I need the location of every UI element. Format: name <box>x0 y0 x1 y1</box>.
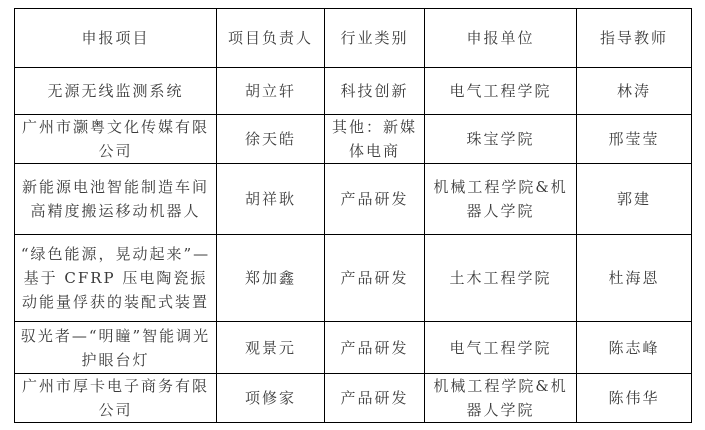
cell-teacher: 陈志峰 <box>577 322 692 374</box>
cell-project: 广州市灏粤文化传媒有限公司 <box>15 115 217 164</box>
cell-category: 产品研发 <box>325 374 425 423</box>
header-category: 行业类别 <box>325 9 425 68</box>
cell-leader: 徐天皓 <box>217 115 325 164</box>
table-row: “绿色能源，晃动起来”—基于 CFRP 压电陶瓷振动能量俘获的装配式装置 郑加鑫… <box>15 235 692 322</box>
table-row: 驭光者—“明瞳”智能调光护眼台灯 观景元 产品研发 电气工程学院 陈志峰 <box>15 322 692 374</box>
header-teacher: 指导教师 <box>577 9 692 68</box>
cell-project: 新能源电池智能制造车间高精度搬运移动机器人 <box>15 164 217 235</box>
header-project: 申报项目 <box>15 9 217 68</box>
header-leader: 项目负责人 <box>217 9 325 68</box>
table-row: 广州市厚卡电子商务有限公司 项修家 产品研发 机械工程学院&机器人学院 陈伟华 <box>15 374 692 423</box>
cell-category: 产品研发 <box>325 322 425 374</box>
cell-leader: 观景元 <box>217 322 325 374</box>
header-unit: 申报单位 <box>425 9 577 68</box>
cell-category: 科技创新 <box>325 68 425 115</box>
cell-project: 驭光者—“明瞳”智能调光护眼台灯 <box>15 322 217 374</box>
table-row: 广州市灏粤文化传媒有限公司 徐天皓 其他：新媒体电商 珠宝学院 邢莹莹 <box>15 115 692 164</box>
cell-teacher: 陈伟华 <box>577 374 692 423</box>
cell-leader: 项修家 <box>217 374 325 423</box>
cell-teacher: 杜海恩 <box>577 235 692 322</box>
cell-unit: 珠宝学院 <box>425 115 577 164</box>
table-row: 无源无线监测系统 胡立轩 科技创新 电气工程学院 林涛 <box>15 68 692 115</box>
cell-teacher: 林涛 <box>577 68 692 115</box>
cell-teacher: 郭建 <box>577 164 692 235</box>
cell-category: 产品研发 <box>325 235 425 322</box>
cell-unit: 土木工程学院 <box>425 235 577 322</box>
cell-category: 产品研发 <box>325 164 425 235</box>
cell-project: 广州市厚卡电子商务有限公司 <box>15 374 217 423</box>
cell-unit: 电气工程学院 <box>425 322 577 374</box>
project-table: 申报项目 项目负责人 行业类别 申报单位 指导教师 无源无线监测系统 胡立轩 科… <box>14 8 692 423</box>
cell-project: “绿色能源，晃动起来”—基于 CFRP 压电陶瓷振动能量俘获的装配式装置 <box>15 235 217 322</box>
cell-project: 无源无线监测系统 <box>15 68 217 115</box>
cell-leader: 郑加鑫 <box>217 235 325 322</box>
cell-leader: 胡祥耿 <box>217 164 325 235</box>
cell-category: 其他：新媒体电商 <box>325 115 425 164</box>
cell-unit: 机械工程学院&机器人学院 <box>425 374 577 423</box>
cell-leader: 胡立轩 <box>217 68 325 115</box>
cell-unit: 机械工程学院&机器人学院 <box>425 164 577 235</box>
cell-unit: 电气工程学院 <box>425 68 577 115</box>
table-row: 新能源电池智能制造车间高精度搬运移动机器人 胡祥耿 产品研发 机械工程学院&机器… <box>15 164 692 235</box>
cell-teacher: 邢莹莹 <box>577 115 692 164</box>
header-row: 申报项目 项目负责人 行业类别 申报单位 指导教师 <box>15 9 692 68</box>
